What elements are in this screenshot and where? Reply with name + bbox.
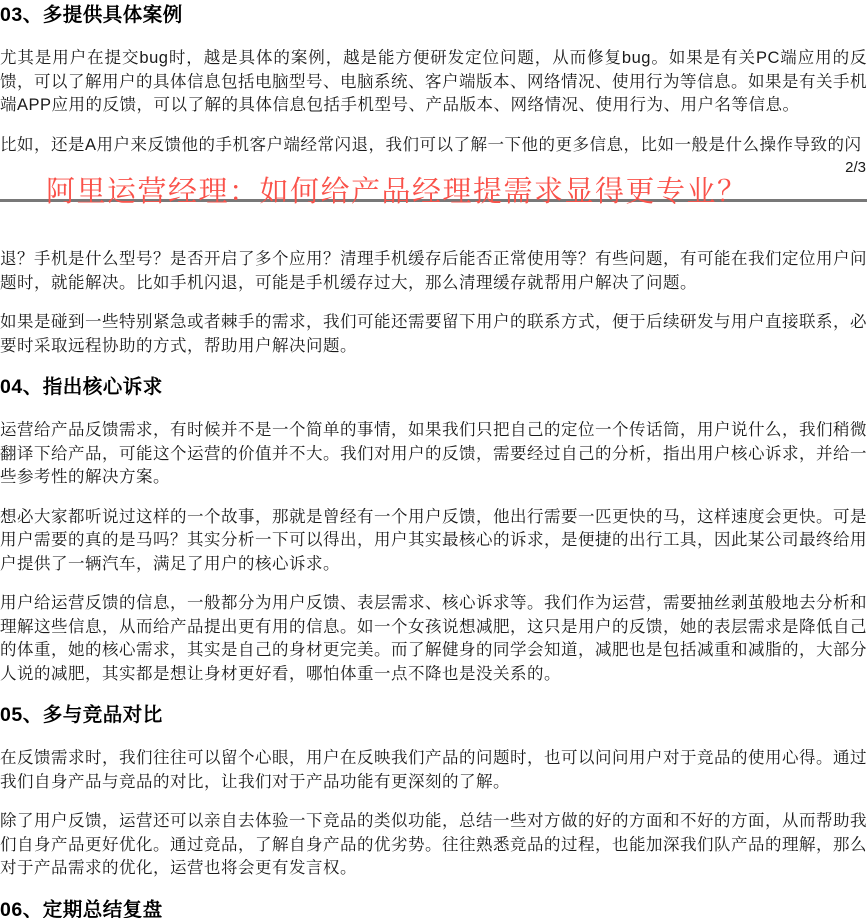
section-heading-05: 05、多与竞品对比 bbox=[0, 704, 867, 727]
section-03-paragraph-2-part-b: 退？手机是什么型号？是否开启了多个应用？清理手机缓存后能否正常使用等？有些问题，… bbox=[0, 248, 867, 295]
page-indicator: 2/3 bbox=[0, 159, 867, 177]
section-03-paragraph-2-part-a: 比如，还是A用户来反馈他的手机客户端经常闪退，我们可以了解一下他的更多信息，比如… bbox=[0, 134, 867, 158]
section-03-paragraph-1: 尤其是用户在提交bug时，越是具体的案例，越是能方便研发定位问题，从而修复bug… bbox=[0, 47, 867, 118]
section-05-paragraph-1: 在反馈需求时，我们往往可以留个心眼，用户在反映我们产品的问题时，也可以问问用户对… bbox=[0, 747, 867, 794]
section-04-paragraph-3: 用户给运营反馈的信息，一般都分为用户反馈、表层需求、核心诉求等。我们作为运营，需… bbox=[0, 592, 867, 686]
page-header-title: 阿里运营经理：如何给产品经理提需求显得更专业？ bbox=[0, 177, 867, 207]
section-04-paragraph-1: 运营给产品反馈需求，有时候并不是一个简单的事情，如果我们只把自己的定位一个传话筒… bbox=[0, 419, 867, 490]
section-03-paragraph-3: 如果是碰到一些特别紧急或者棘手的需求，我们可能还需要留下用户的联系方式，便于后续… bbox=[0, 311, 867, 358]
section-heading-03: 03、多提供具体案例 bbox=[0, 4, 867, 27]
section-heading-04: 04、指出核心诉求 bbox=[0, 376, 867, 399]
section-heading-06: 06、定期总结复盘 bbox=[0, 899, 867, 918]
section-05-paragraph-2: 除了用户反馈，运营还可以亲自去体验一下竞品的类似功能，总结一些对方做的好的方面和… bbox=[0, 810, 867, 881]
section-04-paragraph-2: 想必大家都听说过这样的一个故事，那就是曾经有一个用户反馈，他出行需要一匹更快的马… bbox=[0, 506, 867, 577]
document-page: 03、多提供具体案例 尤其是用户在提交bug时，越是具体的案例，越是能方便研发定… bbox=[0, 0, 867, 918]
